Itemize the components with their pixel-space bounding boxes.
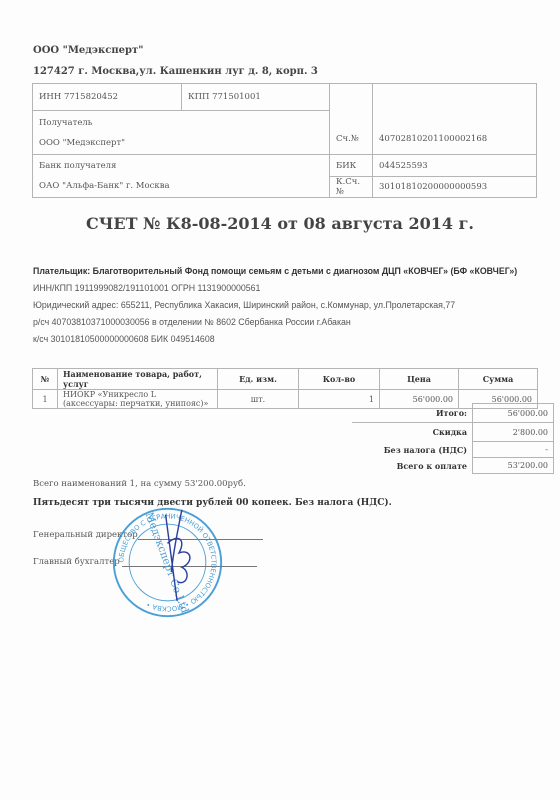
col-header-unit: Ед. изм. [218,369,299,390]
inn-cell: ИНН 7715820452 [33,84,182,111]
invoice-title: СЧЕТ № К8-08-2014 от 08 августа 2014 г. [0,214,560,233]
col-header-sum: Сумма [459,369,538,390]
payer-account: р/сч 40703810371000030056 в отделении № … [33,314,538,331]
vat-label: Без налога (НДС) [352,442,473,458]
corr-account-label: К.Сч.№ [330,177,373,198]
company-stamp: ОБЩЕСТВО С ОГРАНИЧЕННОЙ ОТВЕТСТВЕННОСТЬЮ… [110,505,225,620]
payer-address: Юридический адрес: 655211, Республика Ха… [33,297,538,314]
col-header-name: Наименование товара, работ, услуг [58,369,218,390]
recipient-label: Получатель [39,113,323,133]
items-header-row: № Наименование товара, работ, услуг Ед. … [33,369,538,390]
cell-number: 1 [33,390,58,409]
cell-unit: шт. [218,390,299,409]
bank-label: Банк получателя [39,156,323,176]
total-label: Всего к оплате [352,458,473,474]
bank-name: ОАО "Альфа-Банк" г. Москва [39,176,323,196]
cell-name: НИОКР «Уникресло L (аксессуары: перчатки… [58,390,218,409]
accountant-label: Главный бухгалтер [33,557,120,567]
recipient-name: ООО "Медэксперт" [39,133,323,153]
account-value: 40702810201100002168 [373,84,537,155]
supplier-name: ООО "Медэксперт" [33,45,143,56]
discount-label: Скидка [352,423,473,442]
totals-table: Итого: 56'000.00 Скидка 2'800.00 Без нал… [352,403,554,474]
payer-name: Благотворительный Фонд помощи семьям с д… [93,266,518,276]
col-header-number: № [33,369,58,390]
subtotal-label: Итого: [352,404,473,423]
payer-corr-account: к/сч 30101810500000000608 БИК 049514608 [33,331,538,348]
bik-value: 044525593 [373,155,537,177]
account-label: Сч.№ [330,84,373,155]
kpp-cell: КПП 771501001 [182,84,330,111]
subtotal-value: 56'000.00 [473,404,554,423]
bank-details-table: ИНН 7715820452 КПП 771501001 Сч.№ 407028… [32,83,537,198]
bik-label: БИК [330,155,373,177]
payer-label: Плательщик: [33,266,90,276]
supplier-address: 127427 г. Москва,ул. Кашенкин луг д. 8, … [33,66,318,77]
payer-ids: ИНН/КПП 1911999082/191101001 ОГРН 113190… [33,283,260,293]
payer-block: Плательщик: Благотворительный Фонд помощ… [33,263,538,348]
total-value: 53'200.00 [473,458,554,474]
col-header-qty: Кол-во [299,369,380,390]
vat-value: - [473,442,554,458]
summary-count: Всего наименований 1, на сумму 53'200.00… [33,479,246,489]
corr-account-value: 30101810200000000593 [373,177,537,198]
discount-value: 2'800.00 [473,423,554,442]
col-header-price: Цена [380,369,459,390]
